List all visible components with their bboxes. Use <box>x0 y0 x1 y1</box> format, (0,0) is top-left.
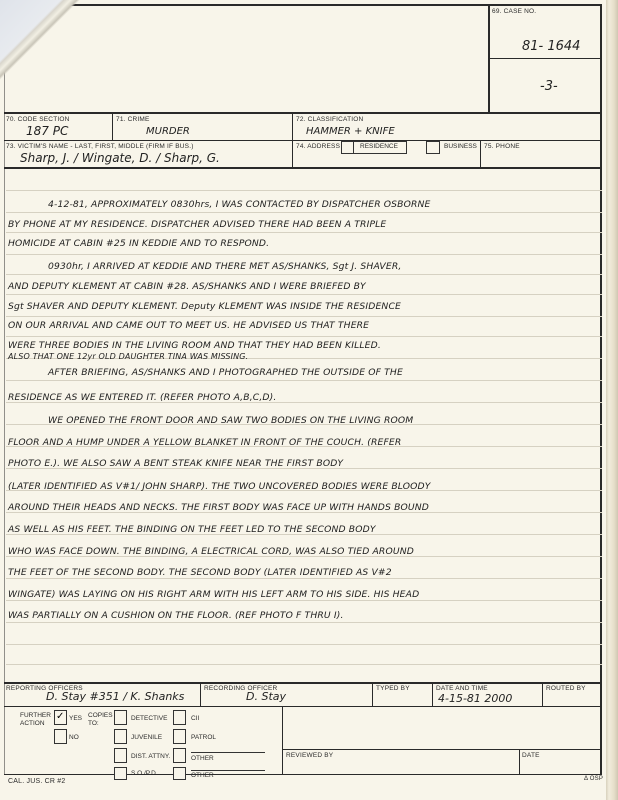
ruled-line <box>6 644 602 645</box>
detective-label: DETECTIVE <box>131 715 167 722</box>
ruled-line <box>6 600 602 601</box>
narrative-line: ALSO THAT ONE 12yr OLD DAUGHTER TINA WAS… <box>8 352 598 361</box>
patrol-label: PATROL <box>191 734 216 741</box>
fields-bottom <box>4 167 602 169</box>
so-pd-checkbox[interactable] <box>114 767 127 780</box>
no-checkbox[interactable] <box>54 729 67 744</box>
dist-attny-label: DIST. ATTNY. <box>131 753 170 760</box>
narrative-line: WE OPENED THE FRONT DOOR AND SAW TWO BOD… <box>48 415 618 426</box>
recording-officer-value: D. Stay <box>246 690 286 703</box>
paper-stack-edge <box>606 0 618 800</box>
narrative-line: 0930hr, I ARRIVED AT KEDDIE AND THERE ME… <box>48 261 618 272</box>
narrative-line: 4-12-81, APPROXIMATELY 0830hrs, I WAS CO… <box>48 199 618 210</box>
dist-attny-checkbox[interactable] <box>114 748 127 763</box>
detective-checkbox[interactable] <box>114 710 127 725</box>
ruled-line <box>6 380 602 381</box>
residence-label: RESIDENCE <box>360 143 398 150</box>
routed-by-label: ROUTED BY <box>546 685 586 692</box>
divider-74-75 <box>480 140 481 168</box>
ruled-line <box>6 336 602 337</box>
narrative-line: AFTER BRIEFING, AS/SHANKS AND I PHOTOGRA… <box>48 367 618 378</box>
code-section-label: 70. CODE SECTION <box>6 116 70 123</box>
narrative-line: RESIDENCE AS WE ENTERED IT. (REFER PHOTO… <box>8 392 598 403</box>
page-curl <box>0 0 80 80</box>
reporting-officer-value: D. Stay #351 / K. Shanks <box>46 690 184 703</box>
check-mark-icon: ✓ <box>56 711 64 722</box>
narrative-line: Sgt SHAVER AND DEPUTY KLEMENT. Deputy KL… <box>8 301 598 312</box>
divider-review-date <box>519 749 520 774</box>
narrative-line: HOMICIDE AT CABIN #25 IN KEDDIE AND TO R… <box>8 238 598 249</box>
address-label: 74. ADDRESS <box>296 143 340 150</box>
reviewed-by-label: REVIEWED BY <box>286 752 333 759</box>
narrative-line: WAS PARTIALLY ON A CUSHION ON THE FLOOR.… <box>8 610 598 621</box>
other-2-checkbox[interactable] <box>173 767 186 780</box>
narrative-line: FLOOR AND A HUMP UNDER A YELLOW BLANKET … <box>8 437 598 448</box>
narrative-line: THE FEET OF THE SECOND BODY. THE SECOND … <box>8 567 598 578</box>
business-label: BUSINESS <box>444 143 477 150</box>
ruled-line <box>6 622 602 623</box>
ruled-line <box>6 254 602 255</box>
juvenile-checkbox[interactable] <box>114 729 127 744</box>
divider-copies-review <box>282 707 283 774</box>
juvenile-label: JUVENILE <box>131 734 162 741</box>
other-2-line <box>191 770 265 771</box>
narrative-line: AROUND THEIR HEADS AND NECKS. THE FIRST … <box>8 502 598 513</box>
business-checkbox[interactable] <box>426 141 440 154</box>
classification-label: 72. CLASSIFICATION <box>296 116 363 123</box>
frame-right <box>600 4 602 774</box>
narrative-line: WHO WAS FACE DOWN. THE BINDING, A ELECTR… <box>8 546 598 557</box>
narrative-line: WERE THREE BODIES IN THE LIVING ROOM AND… <box>8 340 598 351</box>
victim-name-value: Sharp, J. / Wingate, D. / Sharp, G. <box>20 151 220 165</box>
divider-typed-date <box>432 683 433 706</box>
narrative-line: BY PHONE AT MY RESIDENCE. DISPATCHER ADV… <box>8 219 598 230</box>
ruled-line <box>6 316 602 317</box>
crime-label: 71. CRIME <box>116 116 150 123</box>
other-1-line <box>191 752 265 753</box>
ruled-line <box>6 294 602 295</box>
divider-date-routed <box>542 683 543 706</box>
ruled-line <box>6 664 602 665</box>
cii-label: CII <box>191 715 199 722</box>
other-1-checkbox[interactable] <box>173 748 186 763</box>
case-no-value: 81- 1644 <box>522 39 580 54</box>
footer-bottom <box>4 774 602 775</box>
other-1-label: OTHER <box>191 755 214 762</box>
date-label: DATE <box>522 752 540 759</box>
crime-value: MURDER <box>146 126 190 137</box>
form-id: CAL. JUS. CR #2 <box>8 778 65 785</box>
footer-top <box>4 682 602 684</box>
ruled-line <box>6 578 602 579</box>
typed-by-label: TYPED BY <box>376 685 410 692</box>
frame-top <box>4 4 602 6</box>
patrol-checkbox[interactable] <box>173 729 186 744</box>
case-box-mid <box>488 58 602 59</box>
ruled-line <box>6 190 602 191</box>
fields-mid <box>4 140 602 141</box>
narrative-line: PHOTO E.). WE ALSO SAW A BENT STEAK KNIF… <box>8 458 598 469</box>
yes-label: YES <box>69 715 82 722</box>
victim-name-label: 73. VICTIM'S NAME - LAST, FIRST, MIDDLE … <box>6 143 194 150</box>
divider-71-72 <box>292 113 293 168</box>
ruled-line <box>6 232 602 233</box>
page-number: -3- <box>540 79 558 94</box>
so-pd-label: S.O./P.D. <box>131 770 158 777</box>
yes-checkbox[interactable]: ✓ <box>54 710 67 725</box>
narrative-line: WINGATE) WAS LAYING ON HIS RIGHT ARM WIT… <box>8 589 598 600</box>
printer-mark: Δ OSP <box>584 776 603 782</box>
frame-left <box>4 4 5 774</box>
fields-top <box>4 112 602 114</box>
phone-label: 75. PHONE <box>484 143 520 150</box>
case-no-label: 69. CASE NO. <box>492 8 536 15</box>
other-2-label: OTHER <box>191 772 214 779</box>
ruled-line <box>6 212 602 213</box>
classification-value: HAMMER + KNIFE <box>306 126 395 137</box>
narrative-line: ON OUR ARRIVAL AND CAME OUT TO MEET US. … <box>8 320 598 331</box>
no-label: NO <box>69 734 79 741</box>
footer-sig-bottom <box>4 706 602 707</box>
divider-reporting-recording <box>200 683 201 706</box>
ruled-line <box>6 274 602 275</box>
narrative-line: AND DEPUTY KLEMENT AT CABIN #28. AS/SHAN… <box>8 281 598 292</box>
narrative-line: AS WELL AS HIS FEET. THE BINDING ON THE … <box>8 524 598 535</box>
date-time-value: 4-15-81 2000 <box>438 692 512 705</box>
date-time-label: DATE AND TIME <box>436 685 488 692</box>
code-section-value: 187 PC <box>26 124 68 138</box>
divider-70-71 <box>112 113 113 140</box>
divider-recording-typed <box>372 683 373 706</box>
cii-checkbox[interactable] <box>173 710 186 725</box>
narrative-line: (LATER IDENTIFIED AS V#1/ JOHN SHARP). T… <box>8 481 598 492</box>
review-top <box>282 749 602 750</box>
copies-to-label: COPIES TO: <box>88 712 112 728</box>
